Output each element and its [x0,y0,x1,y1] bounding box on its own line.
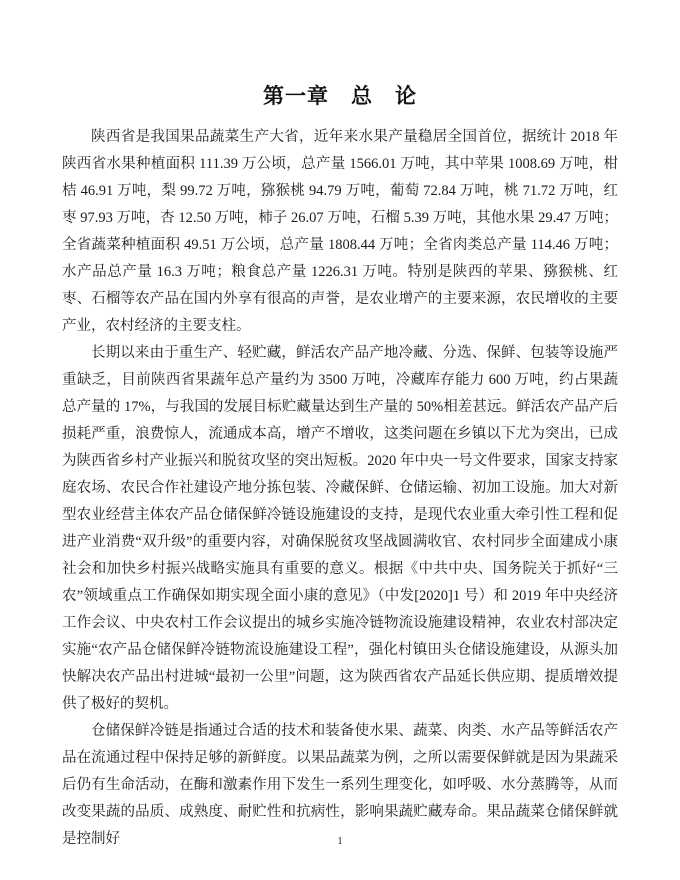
chapter-title: 第一章 总 论 [62,81,618,111]
paragraph-3: 仓储保鲜冷链是指通过合适的技术和装备使水果、蔬菜、肉类、水产品等鲜活农产品在流通… [62,718,618,853]
paragraph-1: 陕西省是我国果品蔬菜生产大省，近年来水果产量稳居全国首位，据统计 2018 年陕… [62,124,618,340]
paragraph-2: 长期以来由于重生产、轻贮藏，鲜活农产品产地冷藏、分选、保鲜、包装等设施严重缺乏，… [62,340,618,718]
document-page: 第一章 总 论 陕西省是我国果品蔬菜生产大省，近年来水果产量稳居全国首位，据统计… [0,0,680,880]
page-number: 1 [0,834,680,848]
document-body: 第一章 总 论 陕西省是我国果品蔬菜生产大省，近年来水果产量稳居全国首位，据统计… [62,81,618,853]
